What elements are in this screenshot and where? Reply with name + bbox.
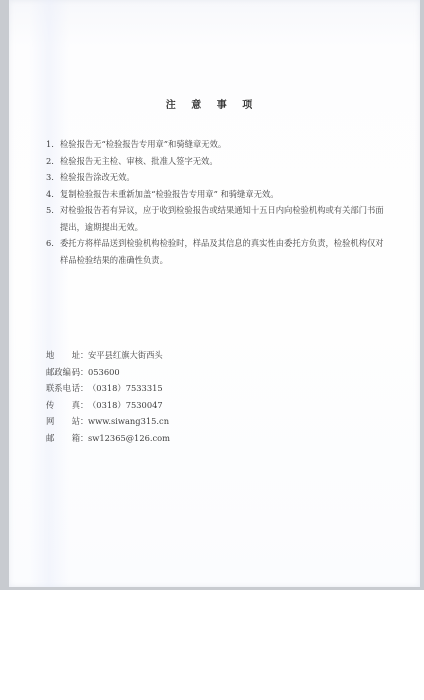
label-part: 箱 (72, 430, 80, 447)
colon: ： (80, 364, 88, 381)
label-part: 邮政编 (46, 364, 71, 381)
label-part: 联系电 (46, 380, 71, 397)
colon: ： (80, 430, 88, 447)
contact-label: 传 真 (46, 397, 80, 414)
label-part: 网 (46, 413, 54, 430)
contact-info: 地 址 ： 安平县红旗大街西头 邮政编 码 ： 053600 联系电 话 ： （… (46, 347, 346, 447)
contact-row-address: 地 址 ： 安平县红旗大街西头 (46, 347, 346, 364)
website-value: www.siwang315.cn (88, 413, 346, 430)
label-part: 址 (72, 347, 80, 364)
notice-text: 检验报告无“检验报告专用章”和骑缝章无效。 (60, 136, 386, 153)
contact-label: 地 址 (46, 347, 80, 364)
notice-number: 6. (46, 235, 60, 268)
colon: ： (80, 380, 88, 397)
label-part: 传 (46, 397, 54, 414)
address-value: 安平县红旗大街西头 (88, 347, 346, 364)
notice-number: 1. (46, 136, 60, 153)
notice-text: 复制检验报告未重新加盖“检验报告专用章” 和骑缝章无效。 (60, 186, 386, 203)
notice-item: 2. 检验报告无主检、审核、批准人签字无效。 (46, 153, 386, 170)
notice-number: 3. (46, 169, 60, 186)
colon: ： (80, 347, 88, 364)
notice-text: 检验报告涂改无效。 (60, 169, 386, 186)
scan-frame (0, 0, 424, 590)
colon: ： (80, 397, 88, 414)
notice-item: 6. 委托方将样品送到检验机构检验时，样品及其信息的真实性由委托方负责，检验机构… (46, 235, 386, 268)
contact-row-phone: 联系电 话 ： （0318）7533315 (46, 380, 346, 397)
notice-item: 5. 对检验报告若有异议，应于收到检验报告或结果通知十五日内向检验机构或有关部门… (46, 202, 386, 235)
label-part: 话 (72, 380, 80, 397)
document-page (9, 0, 420, 587)
notice-text: 对检验报告若有异议，应于收到检验报告或结果通知十五日内向检验机构或有关部门书面提… (60, 202, 386, 235)
email-value: sw12365@126.com (88, 430, 346, 447)
postcode-value: 053600 (88, 364, 346, 381)
contact-row-fax: 传 真 ： （0318）7530047 (46, 397, 346, 414)
notice-item: 1. 检验报告无“检验报告专用章”和骑缝章无效。 (46, 136, 386, 153)
notice-list: 1. 检验报告无“检验报告专用章”和骑缝章无效。 2. 检验报告无主检、审核、批… (46, 136, 386, 268)
contact-row-website: 网 站 ： www.siwang315.cn (46, 413, 346, 430)
contact-row-email: 邮 箱 ： sw12365@126.com (46, 430, 346, 447)
page-title: 注 意 事 项 (0, 96, 424, 111)
label-part: 码 (72, 364, 80, 381)
contact-label: 邮政编 码 (46, 364, 80, 381)
notice-number: 4. (46, 186, 60, 203)
notice-item: 4. 复制检验报告未重新加盖“检验报告专用章” 和骑缝章无效。 (46, 186, 386, 203)
phone-value: （0318）7533315 (88, 380, 346, 397)
contact-row-postcode: 邮政编 码 ： 053600 (46, 364, 346, 381)
notice-text: 委托方将样品送到检验机构检验时，样品及其信息的真实性由委托方负责，检验机构仅对样… (60, 235, 386, 268)
label-part: 真 (72, 397, 80, 414)
label-part: 站 (72, 413, 80, 430)
notice-text: 检验报告无主检、审核、批准人签字无效。 (60, 153, 386, 170)
contact-label: 网 站 (46, 413, 80, 430)
label-part: 地 (46, 347, 54, 364)
notice-number: 2. (46, 153, 60, 170)
colon: ： (80, 413, 88, 430)
label-part: 邮 (46, 430, 54, 447)
fax-value: （0318）7530047 (88, 397, 346, 414)
contact-label: 邮 箱 (46, 430, 80, 447)
notice-item: 3. 检验报告涂改无效。 (46, 169, 386, 186)
notice-number: 5. (46, 202, 60, 235)
contact-label: 联系电 话 (46, 380, 80, 397)
